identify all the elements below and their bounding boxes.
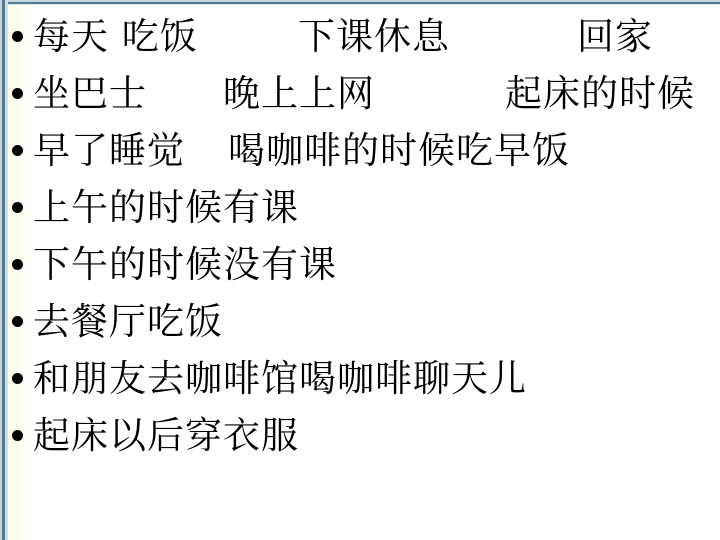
list-item-text: 早了睡觉 bbox=[33, 122, 185, 179]
slide: 每天 吃饭 下课休息 回家 坐巴士 晚上上网 起床的时候 早了睡觉 喝咖啡的时候… bbox=[0, 0, 720, 540]
list-item-text: 起床的时候 bbox=[505, 65, 695, 122]
list-item-text: 每天 吃饭 bbox=[33, 8, 198, 65]
bullet-icon bbox=[12, 31, 23, 42]
bullet-list: 每天 吃饭 下课休息 回家 坐巴士 晚上上网 起床的时候 早了睡觉 喝咖啡的时候… bbox=[0, 8, 720, 464]
list-item: 和朋友去咖啡馆喝咖啡聊天儿 bbox=[0, 350, 720, 407]
bullet-icon bbox=[12, 316, 23, 327]
list-item-text: 晚上上网 bbox=[223, 65, 375, 122]
list-item-text: 回家 bbox=[577, 8, 653, 65]
list-item-text: 起床以后穿衣服 bbox=[33, 407, 299, 464]
bullet-icon bbox=[12, 373, 23, 384]
list-item: 早了睡觉 喝咖啡的时候吃早饭 bbox=[0, 122, 720, 179]
slide-border-top bbox=[0, 0, 720, 5]
list-item-text: 和朋友去咖啡馆喝咖啡聊天儿 bbox=[33, 350, 527, 407]
list-item: 下午的时候没有课 bbox=[0, 236, 720, 293]
list-item-text: 下午的时候没有课 bbox=[33, 236, 337, 293]
list-item: 坐巴士 晚上上网 起床的时候 bbox=[0, 65, 720, 122]
list-item-text: 上午的时候有课 bbox=[33, 179, 299, 236]
bullet-icon bbox=[12, 88, 23, 99]
bullet-icon bbox=[12, 145, 23, 156]
list-item: 去餐厅吃饭 bbox=[0, 293, 720, 350]
list-item-text: 去餐厅吃饭 bbox=[33, 293, 223, 350]
list-item: 上午的时候有课 bbox=[0, 179, 720, 236]
list-item-text: 坐巴士 bbox=[33, 65, 147, 122]
bullet-icon bbox=[12, 259, 23, 270]
bullet-icon bbox=[12, 202, 23, 213]
list-item-text: 喝咖啡的时候吃早饭 bbox=[228, 122, 570, 179]
list-item-text: 下课休息 bbox=[298, 8, 450, 65]
list-item: 起床以后穿衣服 bbox=[0, 407, 720, 464]
list-item: 每天 吃饭 下课休息 回家 bbox=[0, 8, 720, 65]
bullet-icon bbox=[12, 430, 23, 441]
